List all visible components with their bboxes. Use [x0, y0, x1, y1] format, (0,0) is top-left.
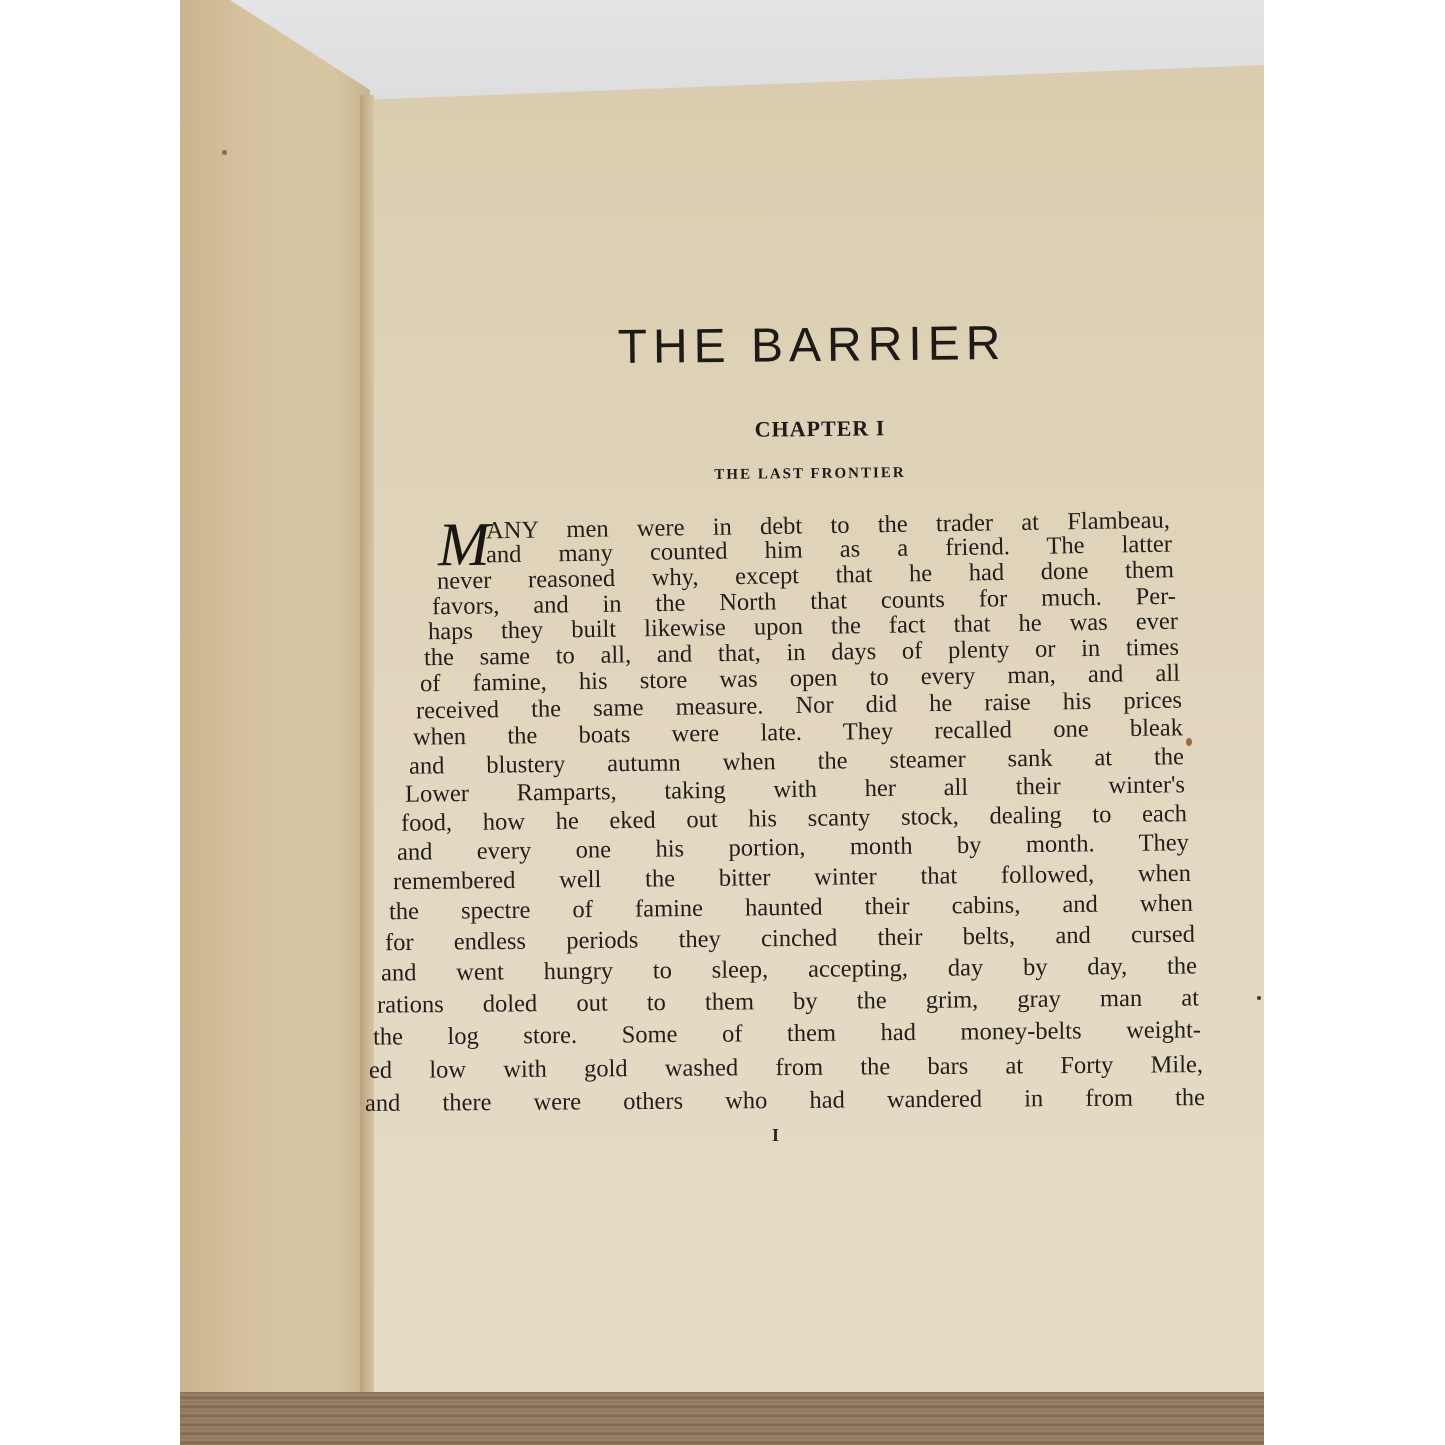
book-title: THE BARRIER	[572, 315, 1053, 375]
paper-spot	[222, 150, 227, 155]
page-number: I	[772, 1125, 779, 1146]
chapter-heading: CHAPTER I	[700, 415, 940, 444]
text-line: and there were others who had wandered i…	[365, 1086, 1205, 1116]
chapter-title: THE LAST FRONTIER	[660, 464, 960, 484]
page-block-edge	[180, 1392, 1264, 1445]
paper-spot	[1257, 996, 1261, 1000]
left-page	[180, 0, 370, 1445]
paper-stain	[1186, 738, 1192, 746]
text-line: ed low with gold washed from the bars at…	[369, 1053, 1203, 1083]
book-gutter	[360, 95, 374, 1400]
